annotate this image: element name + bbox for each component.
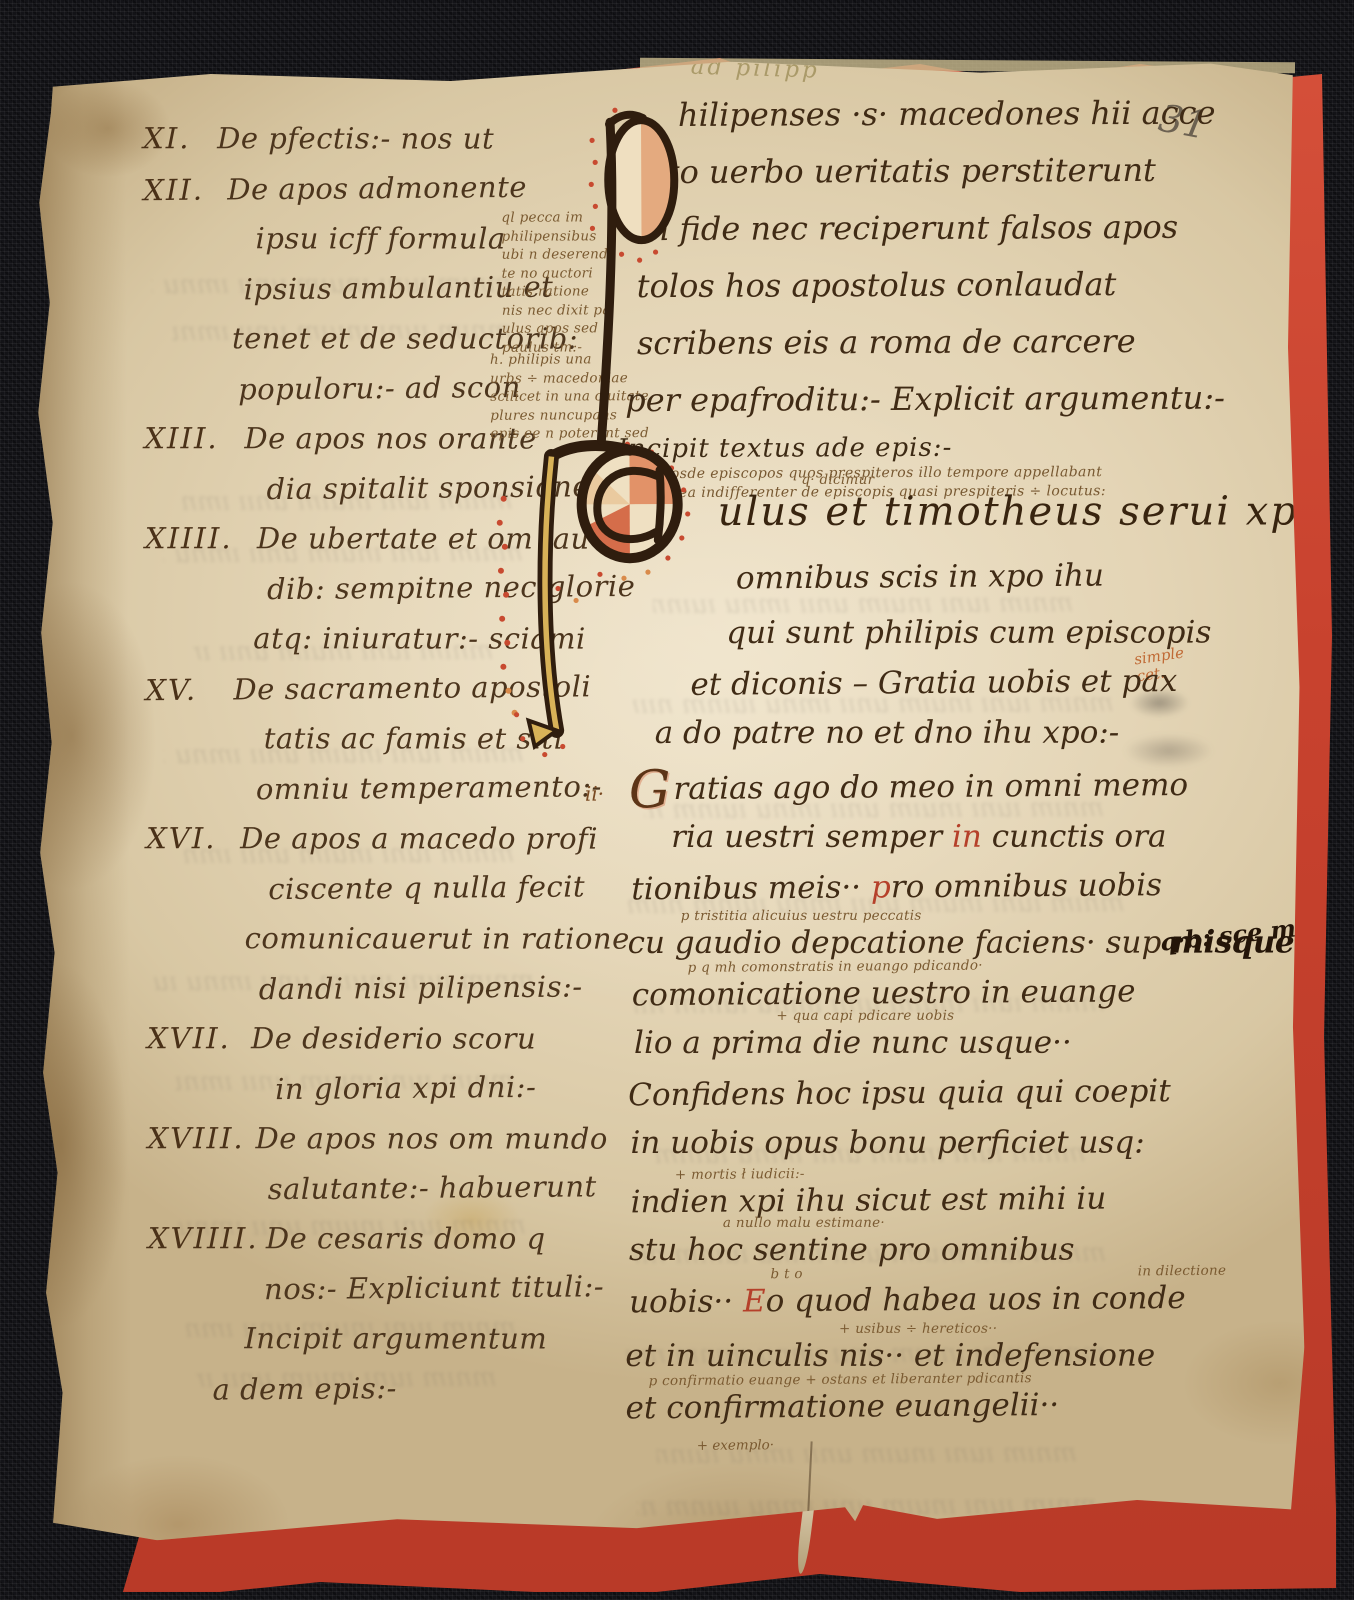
- epistle-text: qui sunt philipis cum episcopis: [726, 615, 1211, 651]
- epistle-line: qui sunt philipis cum episcopis: [618, 614, 1298, 665]
- titulus-text: De pfectis:- nos ut: [217, 121, 494, 155]
- epistle-line: ii·Gratias ago do meo in omni memo: [619, 766, 1299, 821]
- chapter-numeral: XVI.: [146, 821, 216, 855]
- epistle-text: ria uestri semper: [671, 819, 952, 855]
- titulus-text: ipsu icff formula: [256, 221, 506, 255]
- epistle-line: a do patre no et dno ihu xpo:-: [619, 714, 1299, 765]
- chapter-numeral: XVIII.: [147, 1121, 244, 1155]
- epistle-text: o quod habea uos in conde: [765, 1280, 1185, 1319]
- epistle-text: cunctis ora: [982, 819, 1167, 855]
- titulus-line: in gloria xpi dni:-: [147, 1070, 567, 1124]
- epistle-line: comonicatione uestro in euangep q mh com…: [620, 972, 1300, 1027]
- epistle-line: omnibus scis in xpo ihu: [618, 556, 1298, 611]
- manuscript-photo: { "page": { "folio_number": "31", "top_m…: [0, 0, 1354, 1600]
- chapter-numeral: XIIII.: [145, 521, 233, 555]
- titulus-text: nos:- Expliciunt tituli:-: [264, 1269, 604, 1306]
- chapter-numeral: XI.: [143, 121, 190, 155]
- epistle-text: et confirmatione euangelii··: [625, 1387, 1059, 1426]
- argumentum-line: scribens eis a roma de carcere: [637, 321, 1297, 381]
- epistle-text: et diconis – Gratia uobis et pax: [690, 663, 1177, 703]
- argumentum-line: tolos hos apostolus conlaudat: [637, 264, 1297, 324]
- epistle-line: Confidens hoc ipsu quia qui coepit: [620, 1072, 1300, 1127]
- titulus-text: De apos a macedo profi: [240, 821, 598, 855]
- epistle-text: cu gaudio depcatione faciens· sup: [628, 925, 1172, 961]
- titulus-line: XI.De pfectis:- nos ut: [143, 121, 563, 171]
- epistle-text: omnibus scis in xpo ihu: [736, 558, 1104, 597]
- interlinear-gloss: p tristitia alicuius uestru peccatis: [681, 908, 922, 924]
- titulus-text: populoru:- ad scon: [238, 370, 521, 406]
- titulus-text: De cesaris domo q: [266, 1221, 546, 1255]
- interlinear-gloss: b t o: [770, 1266, 802, 1282]
- epistle-text: in uobis opus bonu perficiet usq:: [630, 1125, 1144, 1161]
- titulus-text: ciscente q nulla fecit: [268, 869, 585, 906]
- argumentum-line: in fide nec reciperunt falsos apos: [638, 207, 1296, 267]
- epistle-line: ria uestri semper in cunctis ora: [619, 818, 1299, 869]
- epistle-text: p: [871, 869, 891, 905]
- titulus-text: Incipit argumentum: [244, 1321, 547, 1355]
- argumentum-line: per epafroditu:- Explicit argumentu:-: [625, 378, 1297, 438]
- epistle-text: ratias ago do meo in omni memo: [673, 767, 1188, 807]
- chapter-numeral: XII.: [143, 173, 204, 208]
- main-text-column: hilipenses ·s· macedones hii accepto uer…: [616, 47, 1296, 50]
- epistle-text: et in uinculis nis·· et indefensione: [625, 1338, 1155, 1374]
- paragraph-mark: ii·: [585, 782, 604, 806]
- titulus-text: De apos admonente: [227, 170, 527, 207]
- epistle-text: in: [952, 819, 982, 855]
- interlinear-gloss: in dilectione: [1138, 1263, 1227, 1280]
- interlinear-gloss: a nullo malu estimane·: [723, 1215, 885, 1231]
- interlinear-gloss: q· dicimur: [801, 472, 874, 488]
- epistle-line: ulus et timotheus serui xpi ihu·q· dicim…: [618, 488, 1298, 559]
- chapter-numeral: XV.: [145, 673, 197, 707]
- interlinear-gloss: + exemplo·: [697, 1437, 774, 1454]
- titulus-text: a dem epis:-: [212, 1371, 397, 1407]
- initial-pa-paulus: [491, 438, 697, 769]
- interlinear-gloss: p confirmatio euange + ostans et liberan…: [649, 1370, 1032, 1389]
- titulus-line: a dem epis:-: [148, 1370, 568, 1424]
- titulus-line: omniu temperamento:-: [146, 770, 566, 824]
- epistle-text: E: [743, 1283, 766, 1319]
- interlinear-gloss: p q mh comonstratis in euango pdicando·: [688, 958, 983, 976]
- epistle-line: lio a prima die nunc usque··+ qua capi p…: [620, 1024, 1300, 1075]
- titulus-line: comunicauerut in ratione: [147, 921, 567, 971]
- epistle-text: tionibus meis··: [631, 869, 871, 907]
- titulus-text: De apos nos om mundo: [255, 1121, 607, 1155]
- titulus-text: De desiderio scoru: [251, 1021, 536, 1055]
- parchment-slit: [807, 1441, 812, 1513]
- incipit-rubric: Incipit textus ade epis:-: [617, 431, 1297, 466]
- titulus-line: XVII.De desiderio scoru: [147, 1021, 567, 1071]
- titulus-line: XVIII.De apos nos om mundo: [147, 1121, 567, 1171]
- epistle-text: ulus et timotheus serui xpi ihu·: [718, 488, 1354, 535]
- chapter-numeral: XIII.: [144, 421, 218, 455]
- titulus-line: Incipit argumentum: [148, 1321, 568, 1371]
- verso-showthrough: mnım ıunı ınuım unıı ımnu ıuınm nıım uın…: [31, 47, 1313, 53]
- parchment-page: mnım ıunı ınuım unıı ımnu ıuınm nıım uın…: [31, 47, 1320, 1571]
- titulus-text: comunicauerut in ratione: [245, 921, 630, 955]
- titulus-line: XVIIII.De cesaris domo q: [148, 1221, 568, 1271]
- titulus-line: XVI.De apos a macedo profi: [146, 821, 566, 871]
- epistle-text: lio a prima die nunc usque··: [634, 1025, 1072, 1061]
- epistle-text: Confidens hoc ipsu quia qui coepit: [628, 1073, 1171, 1113]
- epistle-text: stu hoc sentine pro omnibus: [629, 1232, 1075, 1268]
- argumentum-zone: hilipenses ·s· macedones hii accepto uer…: [616, 93, 1297, 438]
- titulus-line: dandi nisi pilipensis:-: [147, 970, 567, 1024]
- argumentum-line: pto uerbo ueritatis perstiterunt: [646, 150, 1296, 210]
- epistle-line: et confirmatione euangelii··p confirmati…: [621, 1385, 1301, 1440]
- titulus-text: in gloria xpi dni:-: [275, 1070, 536, 1106]
- argumentum-line: hilipenses ·s· macedones hii acce: [678, 93, 1296, 153]
- initial-g-gratias: G: [629, 760, 671, 820]
- epistle-text-zone: ulus et timotheus serui xpi ihu·q· dicim…: [618, 487, 1302, 1439]
- initial-p-philipenses: [587, 106, 684, 456]
- epistle-text: uobis··: [629, 1283, 743, 1320]
- titulus-line: ciscente q nulla fecit: [146, 870, 566, 924]
- chapter-numeral: XVIIII.: [148, 1221, 259, 1255]
- titulus-line: nos:- Expliciunt tituli:-: [148, 1270, 568, 1324]
- titulus-text: dandi nisi pilipensis:-: [259, 969, 583, 1006]
- interlinear-gloss: + qua capi pdicare uobis: [776, 1008, 954, 1024]
- chapter-numeral: XVII.: [147, 1021, 231, 1055]
- titulus-line: salutante:- habuerunt: [147, 1170, 567, 1224]
- interlinear-gloss: + mortis ł iudicii:-: [675, 1166, 805, 1183]
- titulus-text: salutante:- habuerunt: [267, 1169, 596, 1206]
- epistle-text: ro omnibus uobis: [891, 867, 1162, 905]
- interlinear-gloss: + usibus ÷ hereticos··: [839, 1321, 997, 1337]
- epistle-text: a do patre no et dno ihu xpo:-: [655, 715, 1120, 751]
- titulus-text: omniu temperamento:-: [256, 769, 602, 806]
- epistle-line: et diconis – Gratia uobis et pax: [618, 662, 1298, 717]
